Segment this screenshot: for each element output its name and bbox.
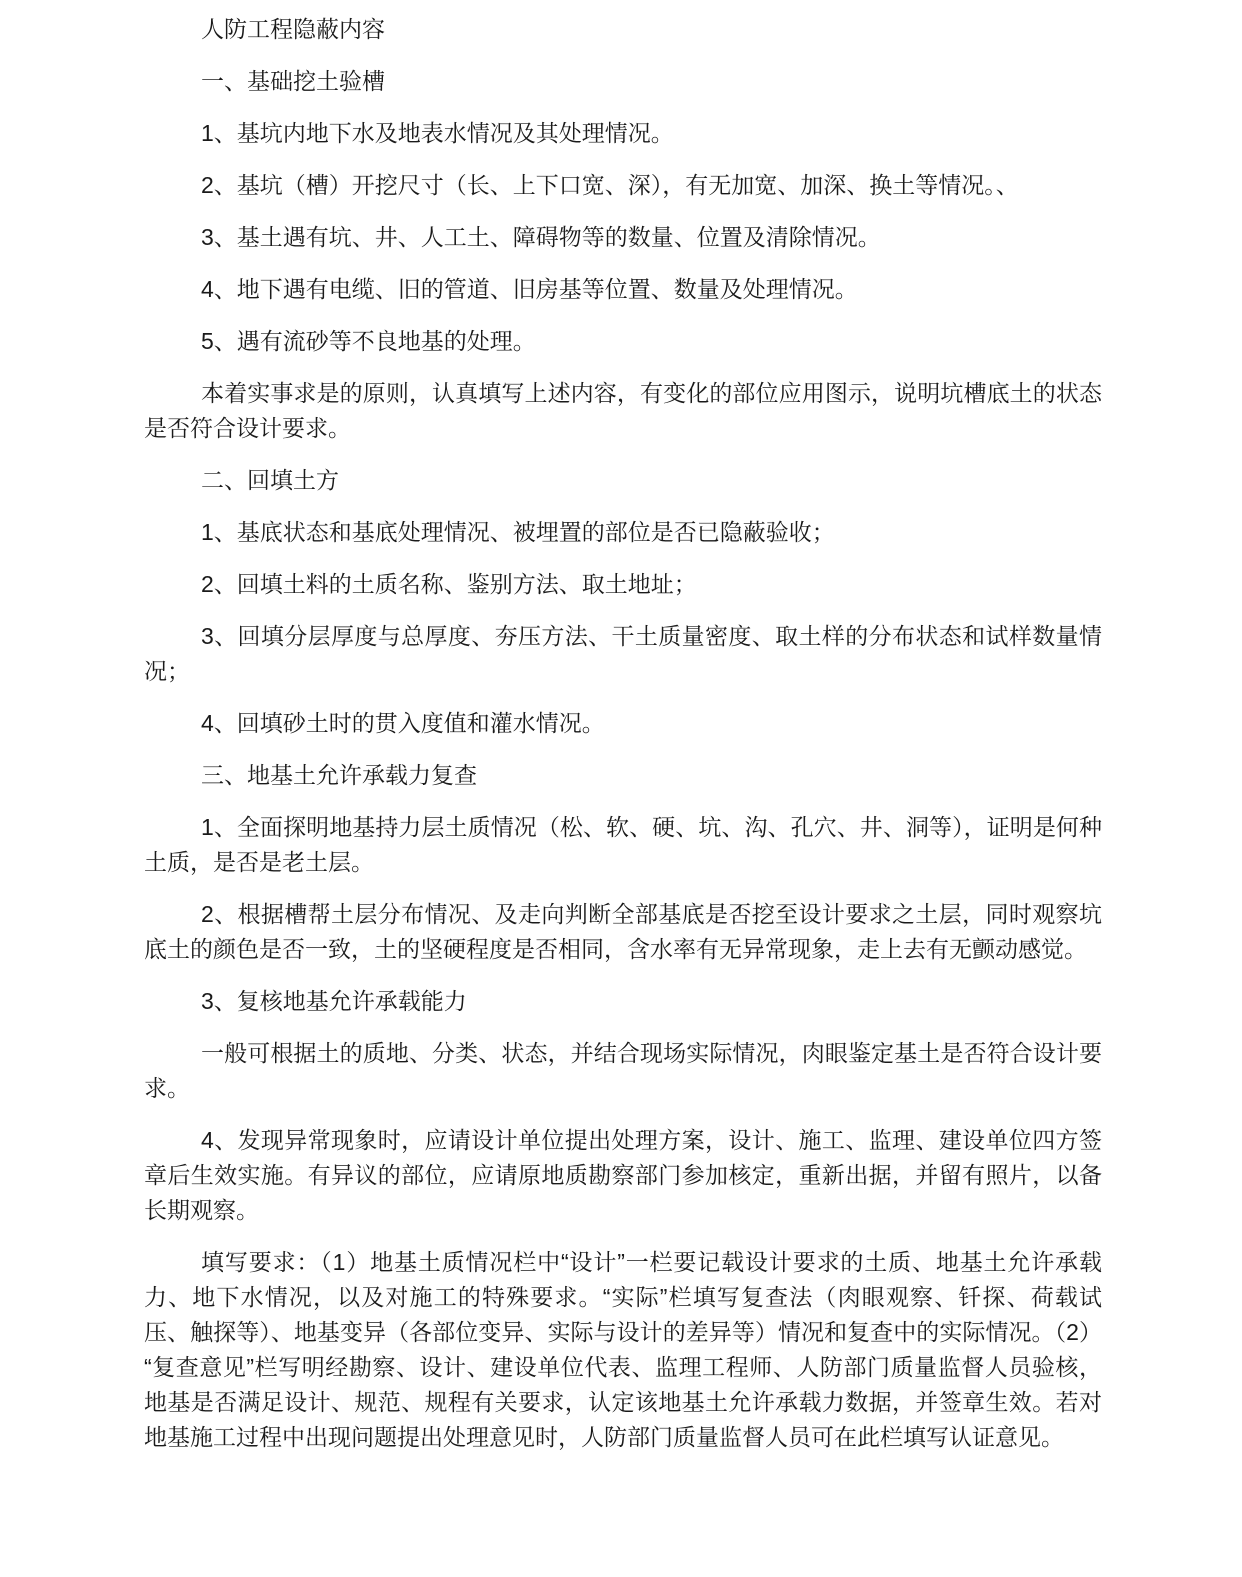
list-item: 1、基底状态和基底处理情况、被埋置的部位是否已隐蔽验收；	[144, 515, 1102, 550]
section-heading-1: 一、基础挖土验槽	[144, 64, 1102, 99]
section-heading-2: 二、回填土方	[144, 463, 1102, 498]
section-heading-3: 三、地基土允许承载力复查	[144, 758, 1102, 793]
list-item: 2、根据槽帮土层分布情况、及走向判断全部基底是否挖至设计要求之土层，同时观察坑底…	[144, 897, 1102, 967]
list-item: 4、发现异常现象时，应请设计单位提出处理方案，设计、施工、监理、建设单位四方签章…	[144, 1123, 1102, 1228]
paragraph: 一般可根据土的质地、分类、状态，并结合现场实际情况，肉眼鉴定基土是否符合设计要求…	[144, 1036, 1102, 1106]
list-item: 3、回填分层厚度与总厚度、夯压方法、干土质量密度、取土样的分布状态和试样数量情况…	[144, 619, 1102, 689]
list-item: 1、基坑内地下水及地表水情况及其处理情况。	[144, 116, 1102, 151]
paragraph-filling-requirements: 填写要求：（1）地基土质情况栏中“设计”一栏要记载设计要求的土质、地基土允许承载…	[144, 1245, 1102, 1455]
document-page: 人防工程隐蔽内容 一、基础挖土验槽 1、基坑内地下水及地表水情况及其处理情况。 …	[0, 0, 1242, 1577]
list-item: 5、遇有流砂等不良地基的处理。	[144, 324, 1102, 359]
list-item: 4、回填砂土时的贯入度值和灌水情况。	[144, 706, 1102, 741]
list-item: 2、回填土料的土质名称、鉴别方法、取土地址；	[144, 567, 1102, 602]
paragraph: 本着实事求是的原则，认真填写上述内容，有变化的部位应用图示，说明坑槽底土的状态是…	[144, 376, 1102, 446]
list-item: 2、基坑（槽）开挖尺寸（长、上下口宽、深），有无加宽、加深、换土等情况。、	[144, 168, 1102, 203]
list-item: 4、地下遇有电缆、旧的管道、旧房基等位置、数量及处理情况。	[144, 272, 1102, 307]
document-title: 人防工程隐蔽内容	[144, 12, 1102, 47]
list-item: 3、基土遇有坑、井、人工土、障碍物等的数量、位置及清除情况。	[144, 220, 1102, 255]
list-item: 3、复核地基允许承载能力	[144, 984, 1102, 1019]
list-item: 1、全面探明地基持力层土质情况（松、软、硬、坑、沟、孔穴、井、洞等），证明是何种…	[144, 810, 1102, 880]
